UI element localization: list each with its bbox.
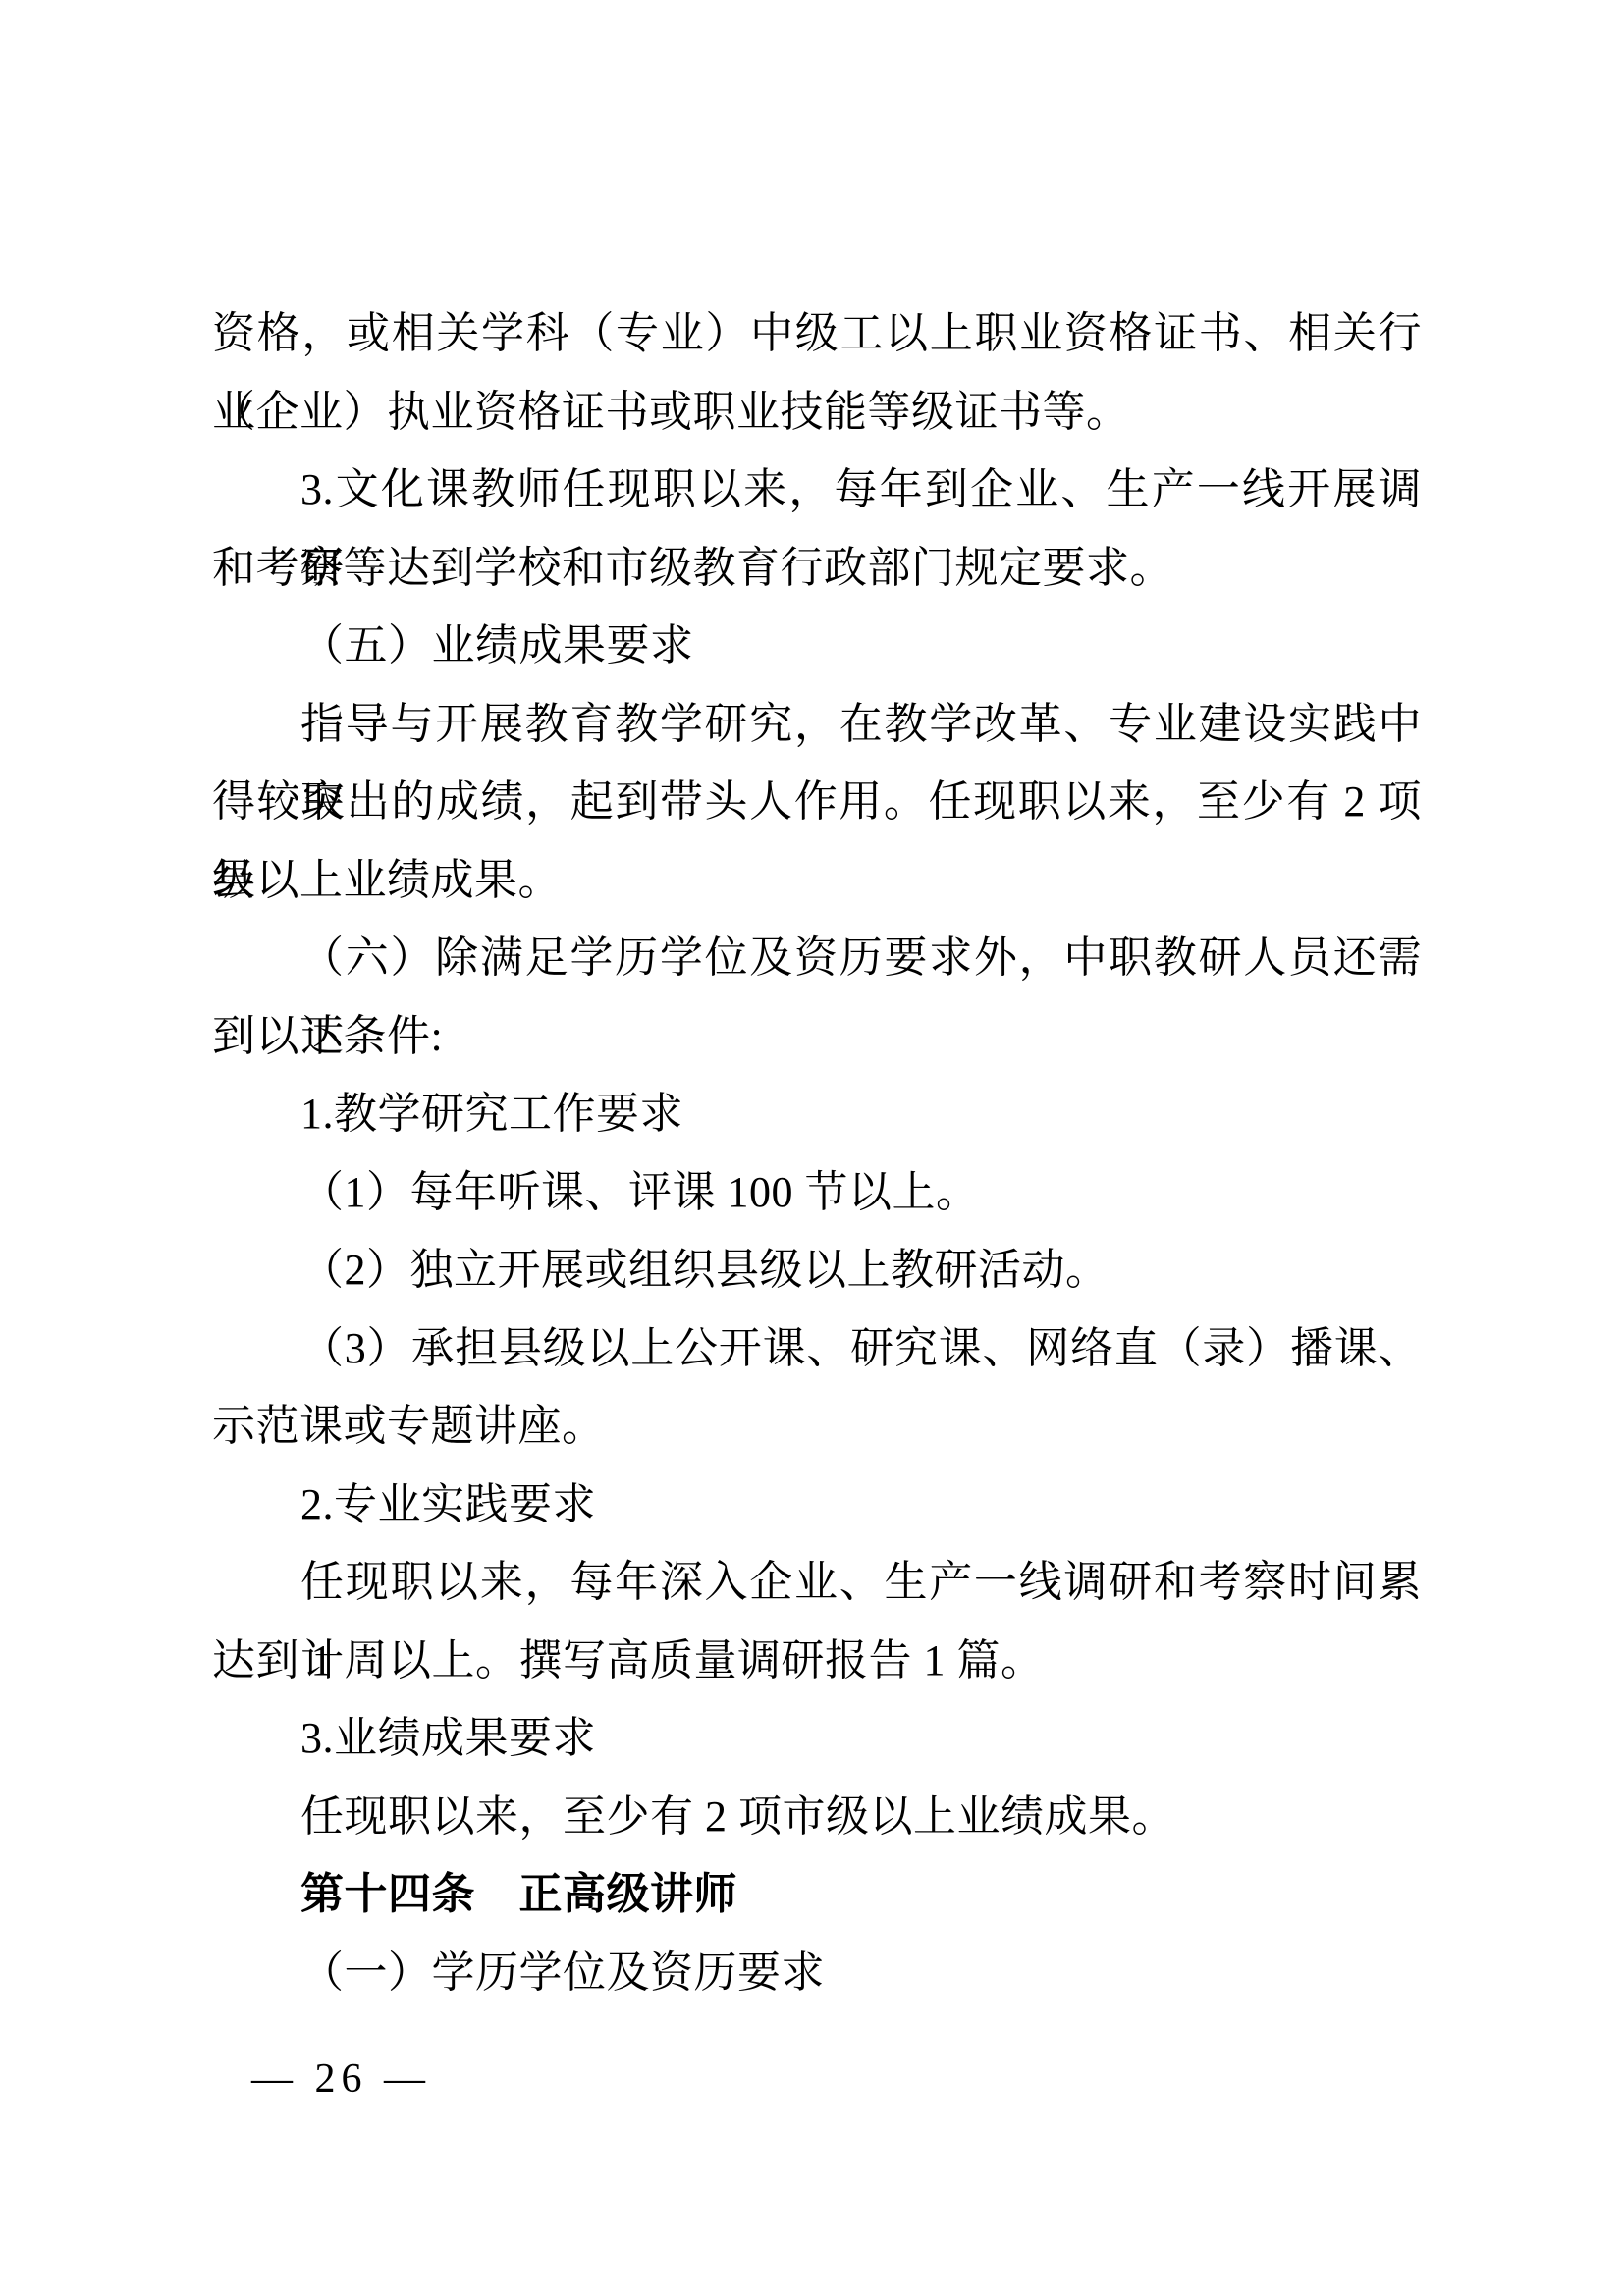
text-line: 指导与开展教育教学研究，在教学改革、专业建设实践中取	[212, 685, 1422, 764]
text-line: 到以下条件:	[212, 997, 1422, 1076]
list-item-line: 1.教学研究工作要求	[212, 1075, 1422, 1153]
text-line: 示范课或专题讲座。	[212, 1387, 1422, 1466]
list-item-line: （2）独立开展或组织县级以上教研活动。	[212, 1231, 1422, 1309]
list-item-line: （3）承担县级以上公开课、研究课、网络直（录）播课、	[212, 1309, 1422, 1388]
text-line: 和考察等达到学校和市级教育行政部门规定要求。	[212, 529, 1422, 608]
section-heading-line: （六）除满足学历学位及资历要求外，中职教研人员还需达	[212, 919, 1422, 997]
document-page: 资格，或相关学科（专业）中级工以上职业资格证书、相关行业 （企业）执业资格证书或…	[0, 0, 1624, 2296]
text-block: 资格，或相关学科（专业）中级工以上职业资格证书、相关行业 （企业）执业资格证书或…	[212, 294, 1422, 2011]
list-item-line: （1）每年听课、评课 100 节以上。	[212, 1153, 1422, 1232]
text-line: 达到 1 周以上。撰写高质量调研报告 1 篇。	[212, 1622, 1422, 1700]
article-heading-line: 第十四条 正高级讲师	[212, 1855, 1422, 1934]
section-heading-line: （一）学历学位及资历要求	[212, 1934, 1422, 2012]
text-line: 任现职以来，至少有 2 项市级以上业绩成果。	[212, 1778, 1422, 1856]
text-line: 资格，或相关学科（专业）中级工以上职业资格证书、相关行业	[212, 294, 1422, 373]
section-heading-line: （五）业绩成果要求	[212, 607, 1422, 685]
list-item-line: 2.专业实践要求	[212, 1466, 1422, 1544]
list-item-line: 3.业绩成果要求	[212, 1699, 1422, 1778]
text-line: 级以上业绩成果。	[212, 841, 1422, 920]
page-number: — 26 —	[251, 2056, 431, 2103]
text-line: 任现职以来，每年深入企业、生产一线调研和考察时间累计	[212, 1543, 1422, 1622]
text-line: 3.文化课教师任现职以来，每年到企业、生产一线开展调研	[212, 451, 1422, 529]
text-line: 得较突出的成绩，起到带头人作用。任现职以来，至少有 2 项县	[212, 763, 1422, 841]
text-line: （企业）执业资格证书或职业技能等级证书等。	[212, 373, 1422, 452]
